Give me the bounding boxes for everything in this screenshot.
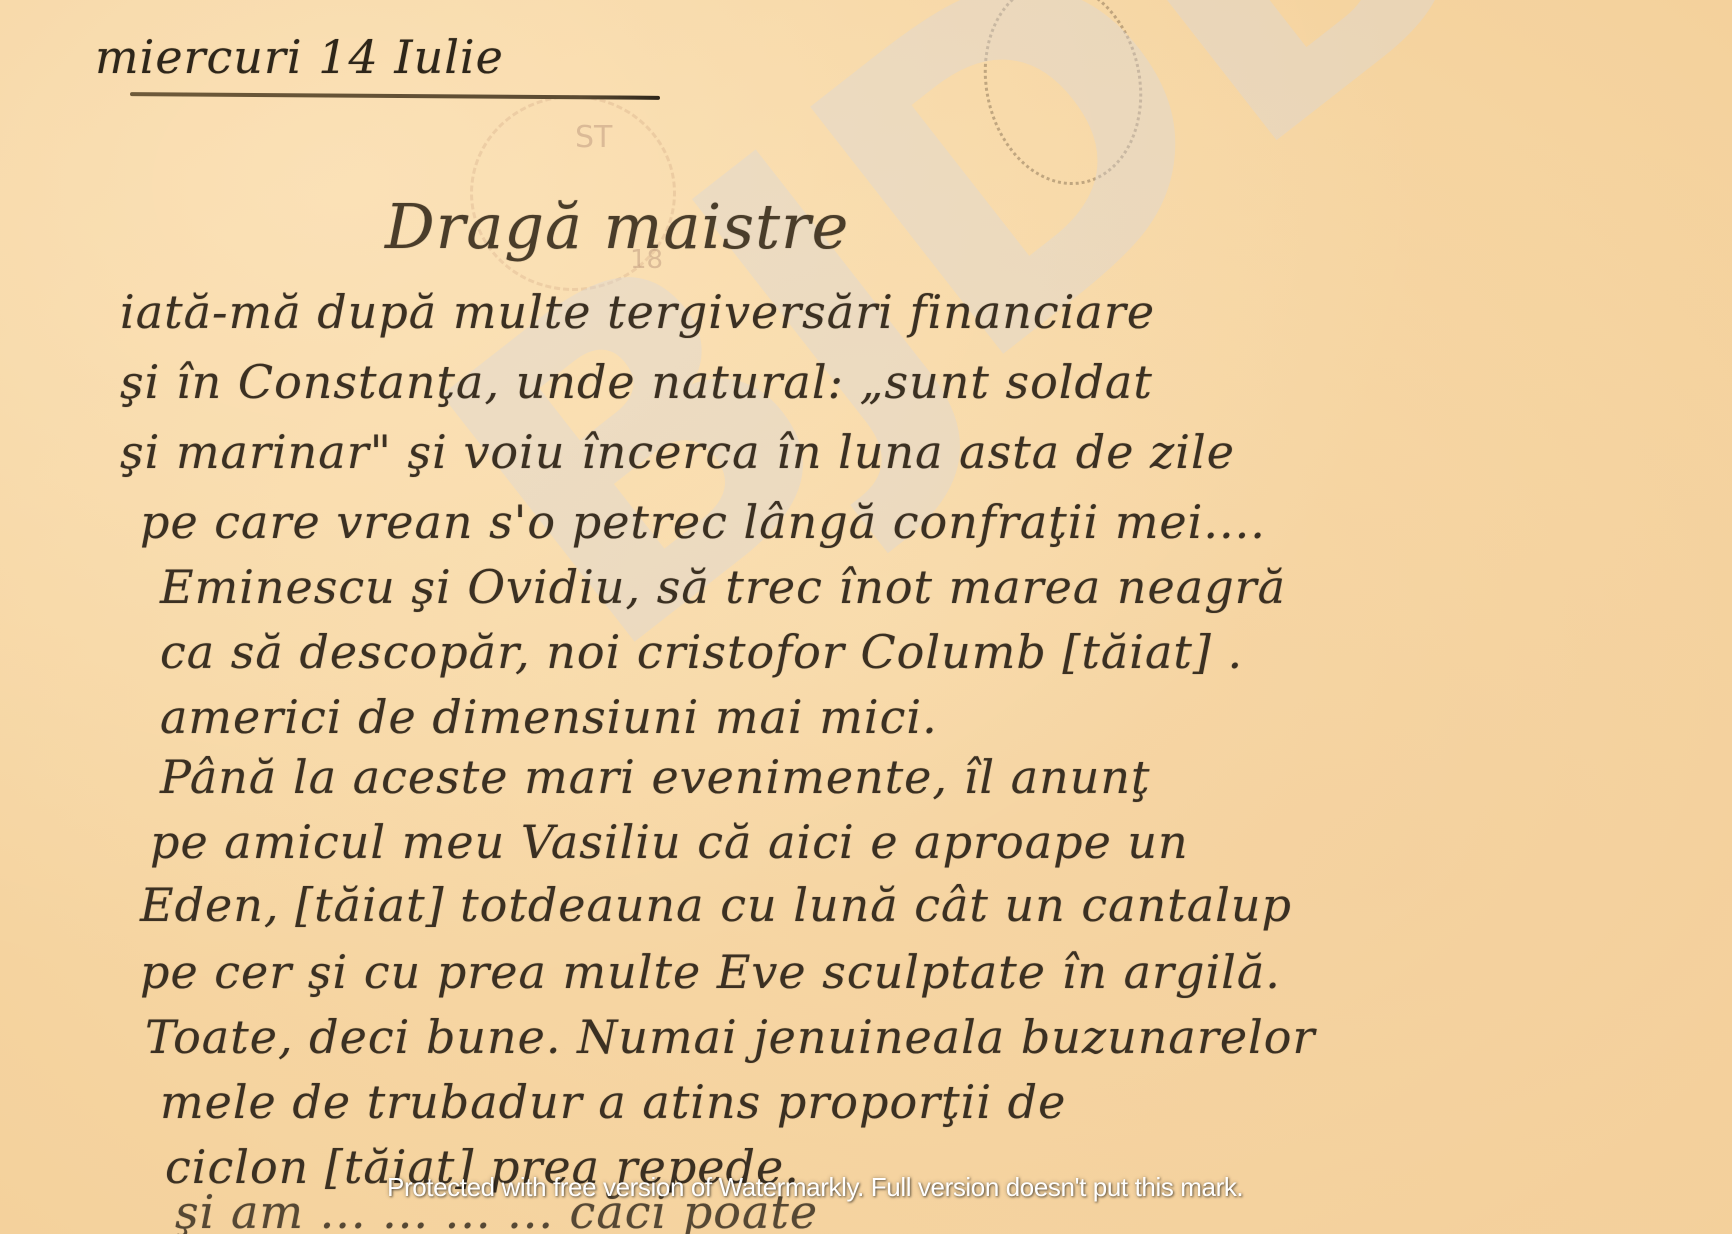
letter-line-4: pe care vrean s'o petrec lângă confraţii…: [140, 495, 1266, 549]
letter-line-9: pe amicul meu Vasiliu că aici e aproape …: [150, 815, 1189, 869]
letter-line-11: pe cer şi cu prea multe Eve sculptate în…: [140, 945, 1281, 999]
letter-line-8: Până la aceste mari evenimente, îl anunţ: [160, 750, 1150, 804]
letter-line-10: Eden, [tăiat] totdeauna cu lună cât un c…: [140, 878, 1292, 932]
letter-line-3: şi marinar" şi voiu încerca în luna asta…: [120, 425, 1235, 479]
letter-line-7: americi de dimensiuni mai mici.: [160, 690, 938, 744]
letter-line-2: şi în Constanţa, unde natural: „sunt sol…: [120, 355, 1153, 409]
letter-date: miercuri 14 Iulie: [95, 30, 504, 84]
postmark-partial-text: ST: [575, 120, 612, 155]
letter-line-5: Eminescu şi Ovidiu, să trec înot marea n…: [160, 560, 1286, 614]
letter-line-1: iată-mă după multe tergiversări financia…: [120, 285, 1155, 339]
letter-salutation: Dragă maistre: [385, 190, 849, 263]
watermarkly-banner: Protected with free version of Watermark…: [387, 1172, 1243, 1203]
letter-line-6: ca să descopăr, noi cristofor Columb [tă…: [160, 625, 1243, 679]
letter-line-13: mele de trubadur a atins proporţii de: [160, 1075, 1066, 1129]
letter-line-12: Toate, deci bune. Numai jenuineala buzun…: [145, 1010, 1315, 1064]
